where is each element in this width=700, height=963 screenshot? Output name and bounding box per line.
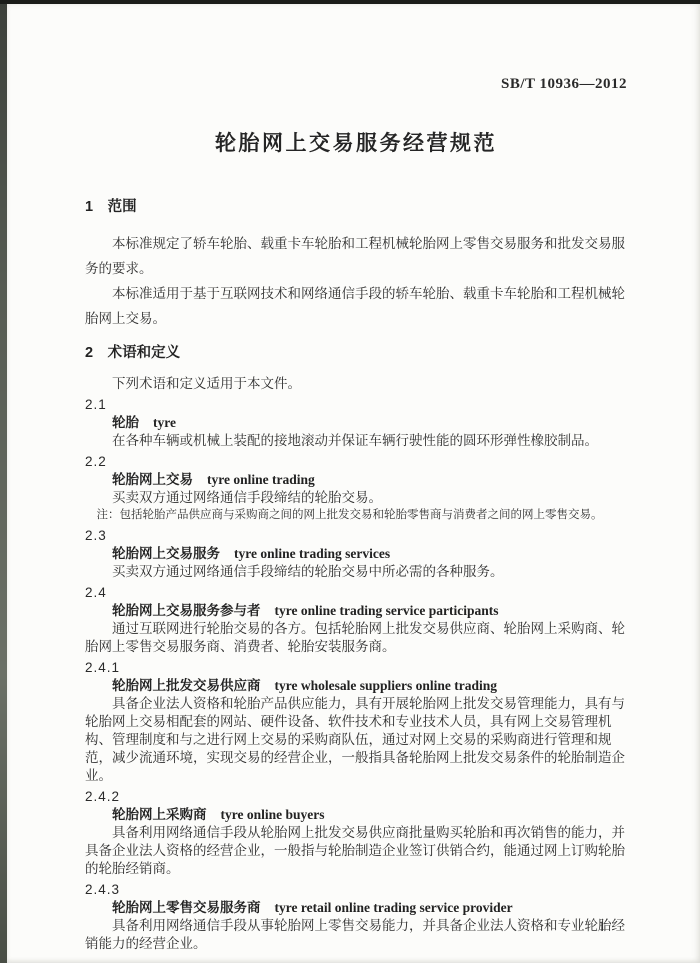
term-name-zh: 轮胎网上批发交易供应商 [112, 678, 261, 693]
scan-edge-left [0, 0, 7, 963]
term-name-zh: 轮胎网上交易服务参与者 [112, 603, 261, 618]
term-2-2: 2.2 轮胎网上交易tyre online trading 买卖双方通过网络通信… [85, 453, 627, 524]
term-2-4-3: 2.4.3 轮胎网上零售交易服务商tyre retail online trad… [85, 881, 627, 953]
term-name-en: tyre wholesale suppliers online trading [275, 678, 498, 693]
standard-number: SB/T 10936—2012 [85, 76, 627, 93]
term-number: 2.3 [85, 527, 627, 545]
term-number: 2.4 [85, 584, 627, 602]
page-content: SB/T 10936—2012 轮胎网上交易服务经营规范 1 范围 本标准规定了… [7, 76, 700, 953]
term-name-zh: 轮胎网上采购商 [112, 807, 207, 822]
term-note: 注：包括轮胎产品供应商与采购商之间的网上批发交易和轮胎零售商与消费者之间的网上零… [97, 507, 628, 524]
term-definition: 具备利用网络通信手段从轮胎网上批发交易供应商批量购买轮胎和再次销售的能力，并具备… [85, 824, 627, 878]
term-title: 轮胎网上交易服务tyre online trading services [85, 545, 627, 563]
term-2-4: 2.4 轮胎网上交易服务参与者tyre online trading servi… [85, 584, 627, 656]
term-name-zh: 轮胎网上交易 [112, 472, 193, 487]
term-name-zh: 轮胎网上交易服务 [112, 546, 220, 561]
term-name-en: tyre online trading [207, 472, 315, 487]
term-name-zh: 轮胎网上零售交易服务商 [112, 900, 261, 915]
terms-intro: 下列术语和定义适用于本文件。 [85, 375, 627, 393]
term-2-4-2: 2.4.2 轮胎网上采购商tyre online buyers 具备利用网络通信… [85, 788, 627, 878]
term-title: 轮胎网上采购商tyre online buyers [85, 806, 627, 824]
term-2-1: 2.1 轮胎tyre 在各种车辆或机械上装配的接地滚动并保证车辆行驶性能的圆环形… [85, 396, 627, 450]
term-definition: 具备企业法人资格和轮胎产品供应能力，具有开展轮胎网上批发交易管理能力，具有与轮胎… [85, 695, 627, 785]
term-title: 轮胎tyre [85, 414, 627, 432]
scope-paragraph-1: 本标准规定了轿车轮胎、载重卡车轮胎和工程机械轮胎网上零售交易服务和批发交易服务的… [85, 231, 627, 281]
scan-edge-top [0, 0, 700, 4]
term-title: 轮胎网上交易服务参与者tyre online trading service p… [85, 602, 627, 620]
term-definition: 买卖双方通过网络通信手段缔结的轮胎交易中所必需的各种服务。 [85, 563, 627, 581]
term-name-en: tyre retail online trading service provi… [275, 900, 513, 915]
term-title: 轮胎网上交易tyre online trading [85, 471, 627, 489]
term-name-en: tyre online trading services [234, 546, 390, 561]
term-2-4-1: 2.4.1 轮胎网上批发交易供应商tyre wholesale supplier… [85, 659, 627, 785]
term-number: 2.4.3 [85, 881, 627, 899]
term-definition: 买卖双方通过网络通信手段缔结的轮胎交易。 [85, 489, 627, 507]
document-page: SB/T 10936—2012 轮胎网上交易服务经营规范 1 范围 本标准规定了… [7, 4, 700, 963]
term-name-zh: 轮胎 [112, 415, 139, 430]
scope-paragraph-2: 本标准适用于基于互联网技术和网络通信手段的轿车轮胎、载重卡车轮胎和工程机械轮胎网… [85, 281, 627, 331]
terms-section: 下列术语和定义适用于本文件。 2.1 轮胎tyre 在各种车辆或机械上装配的接地… [85, 375, 627, 953]
term-number: 2.4.2 [85, 788, 627, 806]
page-number: 1 [599, 918, 606, 934]
clause-1-heading: 1 范围 [85, 197, 627, 217]
term-number: 2.2 [85, 453, 627, 471]
clause-2-heading: 2 术语和定义 [85, 343, 627, 363]
term-definition: 通过互联网进行轮胎交易的各方。包括轮胎网上批发交易供应商、轮胎网上采购商、轮胎网… [85, 620, 627, 656]
term-name-en: tyre online buyers [221, 807, 325, 822]
term-title: 轮胎网上零售交易服务商tyre retail online trading se… [85, 899, 627, 917]
term-name-en: tyre [153, 415, 176, 430]
term-number: 2.1 [85, 396, 627, 414]
term-definition: 在各种车辆或机械上装配的接地滚动并保证车辆行驶性能的圆环形弹性橡胶制品。 [85, 432, 627, 450]
term-2-3: 2.3 轮胎网上交易服务tyre online trading services… [85, 527, 627, 581]
term-name-en: tyre online trading service participants [275, 603, 499, 618]
document-title: 轮胎网上交易服务经营规范 [85, 129, 627, 159]
term-title: 轮胎网上批发交易供应商tyre wholesale suppliers onli… [85, 677, 627, 695]
term-definition: 具备利用网络通信手段从事轮胎网上零售交易能力，并具备企业法人资格和专业轮胎经销能… [85, 917, 627, 953]
term-number: 2.4.1 [85, 659, 627, 677]
